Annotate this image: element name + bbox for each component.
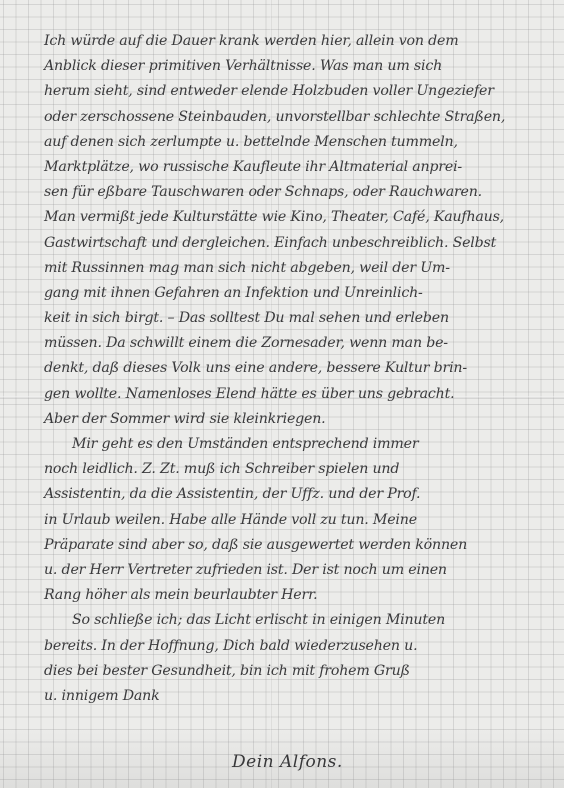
letter-line: Aber der Sommer wird sie kleinkriegen. [44, 407, 559, 432]
letter-line: Gastwirtschaft und dergleichen. Einfach … [44, 231, 559, 256]
letter-line: in Urlaub weilen. Habe alle Hände voll z… [44, 508, 559, 533]
letter-line: noch leidlich. Z. Zt. muß ich Schreiber … [44, 457, 559, 482]
letter-line: Mir geht es den Umständen entsprechend i… [44, 432, 559, 457]
letter-line: auf denen sich zerlumpte u. bettelnde Me… [44, 130, 559, 155]
letter-line: müssen. Da schwillt einem die Zornesader… [44, 331, 559, 356]
letter-line: Ich würde auf die Dauer krank werden hie… [44, 29, 559, 54]
letter-page: Ich würde auf die Dauer krank werden hie… [0, 0, 564, 788]
letter-line: gen wollte. Namenloses Elend hätte es üb… [44, 382, 559, 407]
letter-line: u. innigem Dank [44, 684, 559, 709]
letter-line: denkt, daß dieses Volk uns eine andere, … [44, 356, 559, 381]
letter-line: Rang höher als mein beurlaubter Herr. [44, 583, 559, 608]
letter-line: u. der Herr Vertreter zufrieden ist. Der… [44, 558, 559, 583]
letter-line: oder zerschossene Steinbauden, unvorstel… [44, 105, 559, 130]
letter-line: Präparate sind aber so, daß sie ausgewer… [44, 533, 559, 558]
letter-line: herum sieht, sind entweder elende Holzbu… [44, 79, 559, 104]
letter-line: keit in sich birgt. – Das solltest Du ma… [44, 306, 559, 331]
letter-line: So schließe ich; das Licht erlischt in e… [44, 608, 559, 633]
letter-body: Ich würde auf die Dauer krank werden hie… [44, 29, 559, 709]
letter-line: Marktplätze, wo russische Kaufleute ihr … [44, 155, 559, 180]
letter-line: Man vermißt jede Kulturstätte wie Kino, … [44, 205, 559, 230]
letter-line: dies bei bester Gesundheit, bin ich mit … [44, 659, 559, 684]
letter-line: bereits. In der Hoffnung, Dich bald wied… [44, 634, 559, 659]
letter-line: Assistentin, da die Assistentin, der Uff… [44, 482, 559, 507]
letter-line: Anblick dieser primitiven Verhältnisse. … [44, 54, 559, 79]
signature: Dein Alfons. [232, 752, 343, 772]
letter-line: gang mit ihnen Gefahren an Infektion und… [44, 281, 559, 306]
letter-line: sen für eßbare Tauschwaren oder Schnaps,… [44, 180, 559, 205]
letter-line: mit Russinnen mag man sich nicht abgeben… [44, 256, 559, 281]
